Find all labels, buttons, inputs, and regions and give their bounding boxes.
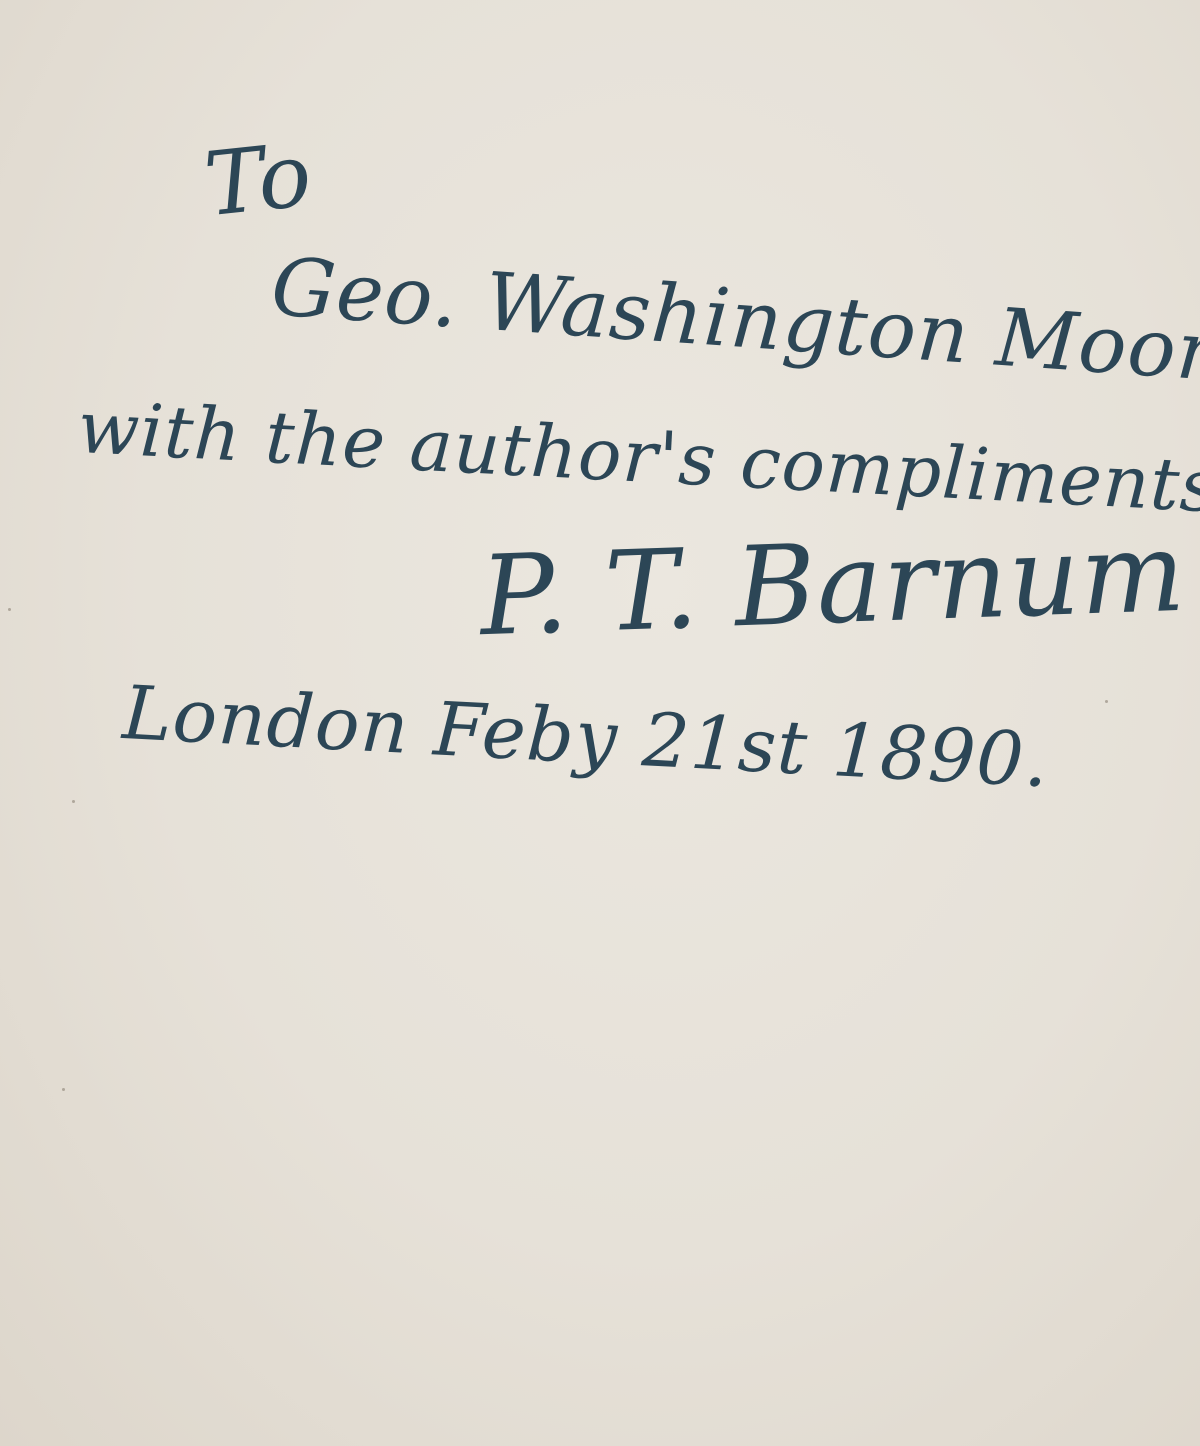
recipient-text: Geo. Washington Moon Esq: [269, 240, 1200, 412]
paper-speck: [72, 800, 75, 803]
paper-speck: [1105, 700, 1108, 703]
inscription-page: To Geo. Washington Moon Esq with the aut…: [0, 0, 1200, 1446]
signature: P. T. Barnum: [478, 508, 1188, 661]
salutation-text: To: [200, 123, 317, 237]
paper-speck: [62, 1088, 65, 1091]
message-text: with the author's compliments.: [76, 385, 1200, 530]
place-date-text: London Feby 21st 1890.: [120, 670, 1051, 804]
paper-speck: [8, 608, 11, 611]
